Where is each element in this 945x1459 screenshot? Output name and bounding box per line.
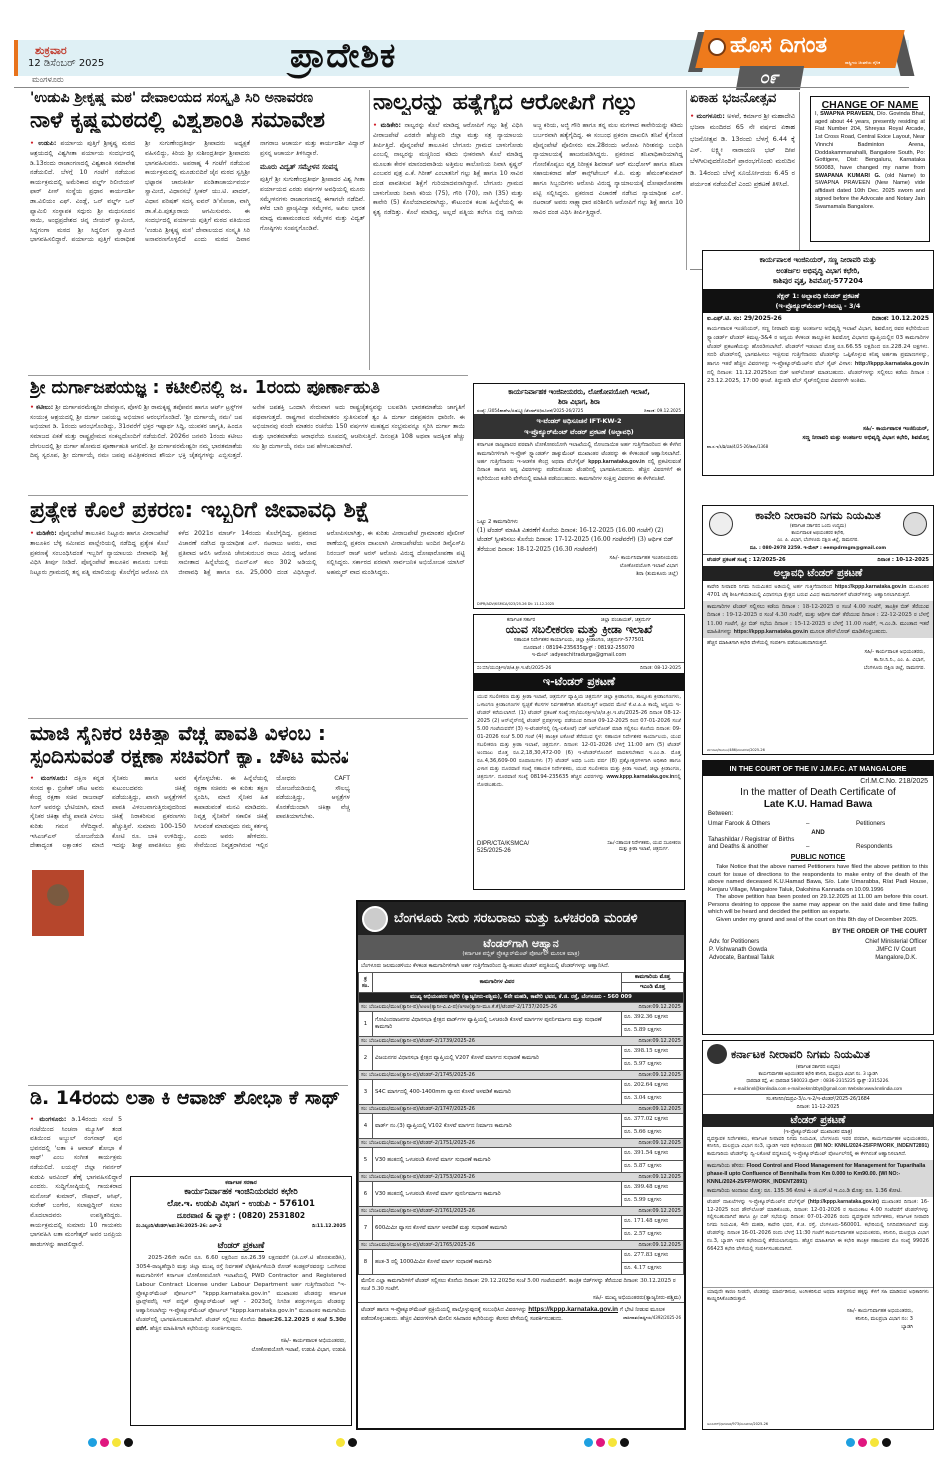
ref-date: ದಿನಾಂಕ:09.12.2025: [638, 1072, 681, 1078]
ref-no: ಸಂ: ಬೆಂಜಲಮಂ/ಮುಅ(ತ್ಯಾನೀ-ಪ)/ಟೆಂಡರ್-2/1761/…: [361, 1208, 475, 1214]
ad-notice-heading: ಟೆಂಡರ್ ಪ್ರಕಟಣೆ: [218, 1241, 265, 1252]
tender-portal-link[interactable]: https://kppp.karnataka.gov.in: [528, 1306, 618, 1313]
row-amount: ರೂ. 377.02 ಲಕ್ಷಗಳು: [622, 1114, 684, 1127]
ad-youth-sports-etender: ಕರ್ನಾಟಕ ಸರ್ಕಾರ ಜಿಲ್ಲಾ ಪಂಚಾಯತ್, ಚಿತ್ರದುರ್…: [473, 614, 685, 890]
petitioner-advocate: Adv. for Petitioners P. Vishwanath Gowda…: [709, 939, 774, 962]
ref-date: ದಿನಾಂಕ:09.12.2025: [638, 1174, 681, 1180]
email-link[interactable]: ಇ-ಮೇಲ್ :adyeschitradurga@gmail.com: [474, 652, 684, 660]
bar-line: ಸೆಕ್ಷನ್ 1: ಅಲ್ಪಾವಧಿ ಟೆಂಡರ್ ಪ್ರಕಟಣೆ: [703, 291, 933, 301]
ref-date: ದಿ:11.12.2025: [312, 1223, 346, 1229]
row-ref: ಸಂ: ಬೆಂಜಲಮಂ/ಮುಅ(ತ್ಯಾನೀ-ಪ)/ಅಅಅ(ತ್ಯಾನೀ-ವಿ.…: [359, 1003, 684, 1012]
ad-body: I, SWAPNA PRAVEEN, D/o. Govinda Bhat, ag…: [815, 111, 925, 211]
subtitle: (ಕರ್ನಾಟಕ ಸರ್ಕಾರದ ಒಂದು ಉದ್ಯಮ): [703, 523, 933, 530]
notice-title: PUBLIC NOTICE: [703, 854, 933, 861]
ref-no: ಸಂ.ಕನೀನಿನಿ/ಮಪ್ರವಿ-3/ಎ.ಇ-2/ಇ-ಟೆಂಡರ್/2025-…: [703, 1096, 933, 1104]
ref-date: ದಿನಾಂಕ:09.12.2025: [638, 1140, 681, 1146]
party-name: Umar Farook & Others: [708, 820, 806, 827]
sig-line: Adv. for Petitioners: [709, 939, 774, 947]
ad-pwd-udupi-tender: ಕರ್ನಾಟಕ ಸರಕಾರ ಕಾರ್ಯನಿರ್ವಾಹಕ ಇಂಜಿನಿಯರವರ ಕ…: [130, 1176, 352, 1426]
cauvery-emblem-icon: [709, 512, 733, 536]
tender-portal-link[interactable]: https://kppp.karnataka.gov.in: [835, 584, 907, 590]
row-divider: [28, 718, 468, 719]
address: ಧಾರವಾಡ ರಸ್ತೆ, ಜಿ: ಧಾರವಾಡ 580023.ಫೋನ್ : 0…: [703, 1078, 933, 1085]
row-ref: ಸಂ: ಬೆಂಜಲಮಂ/ಮುಅ(ತ್ಯಾನೀ-ಪ)/ಟೆಂಡರ್-2/1753/…: [359, 1173, 684, 1182]
row-amount: ರೂ. 399.48 ಲಕ್ಷಗಳು: [622, 1182, 684, 1195]
ad-dept-title: ಕಾರ್ಯನಿರ್ವಾಹಕ ಇಂಜಿನಿಯರವರ ಕಛೇರಿ: [136, 1187, 346, 1199]
notice-body: The above petition has been posted on 29…: [703, 894, 933, 917]
office: ಕಾರ್ಯನಿರ್ವಾಹಕ ಅಭಿಯಂತರರ ಕಛೇರಿ ಕನೀನಿನಿ, ಮಲ…: [703, 1071, 933, 1078]
row-ref: ಸಂ: ಬೆಂಜಲಮಂ/ಮುಅ(ತ್ಯಾನೀ-ಪ)/ಟೆಂಡರ್-2/1761/…: [359, 1207, 684, 1216]
office: ಕಾರ್ಯಪಾಲಕ ಅಭಿಯಂತರರ ಕಛೇರಿ,: [703, 530, 933, 537]
ad-note: ಹೆಚ್ಚಿನ ಮಾಹಿತಿಗಾಗಿ ಕಛೇರಿ ವೇಳೆಯಲ್ಲಿ ಸಂಪರ್…: [703, 638, 933, 648]
bar-line: ಇ-ಟೆಂಡರ್ ಅಧಿಸೂಚನೆ IFT-KW-2: [474, 416, 684, 426]
ref-no: ಐ.ಎಫ್.ಟಿ. ಸಂ: 29/2025-26: [707, 315, 782, 323]
bullet-icon: •: [30, 775, 41, 782]
registration-dot-icon: [584, 1438, 593, 1447]
contact: ದೂ. : 080-2978 2259. ಇ-ಮೇಲ್ : eempdrmgm@…: [703, 545, 933, 552]
party-row: Tahashildar / Registrar of Births and De…: [703, 836, 933, 850]
row-no: 6: [359, 1182, 373, 1207]
row-emd: ರೂ. 5.66 ಲಕ್ಷಗಳು: [622, 1126, 684, 1139]
article-body: • ಕಟೀಲು: ಶ್ರೀ ದುರ್ಗಾಪರಮೇಶ್ವರೀ ದೇವಸ್ಥಾನ, …: [30, 403, 465, 491]
row-desc: V30 ಹಂತದಲ್ಲಿ ಒಳಚರಂಡಿ ಕೊಳವೆ ಮಾರ್ಗ ಪುನರ್ನಿ…: [373, 1182, 622, 1207]
bullet-icon: •: [373, 122, 381, 129]
bullet-icon: •: [30, 1116, 39, 1123]
bullet-icon: •: [30, 140, 38, 147]
ref-no: ಸಂ: ಬೆಂಜಲಮಂ/ಮುಅ(ತ್ಯಾನೀ-ಪ)/ಅಅಅ(ತ್ಯಾನೀ-ವಿ.…: [361, 1004, 557, 1010]
article-bhajanotsava: ಏಕಾಹ ಭಜನೋತ್ಸವ • ಮಂಗಳೂರು: ಅಳಪೆ, ಕರ್ಮಾರ ಶ್…: [690, 92, 800, 270]
ad-ref-row: ಟೆಂಡರ್ ಪ್ರಕಟಣೆ ಸಂಖ್ಯೆ : 12/2025-26 ದಿನಾಂ…: [703, 554, 933, 566]
signature: ಲೋಕೋಪಯೋಗಿ ಇಲಾಖೆ ವಿಭಾಗ: [480, 563, 678, 571]
column-divider: [369, 90, 370, 370]
registration-dot-icon: [336, 1438, 345, 1447]
article-body: • ಮಡಿಕೇರಿ: ನಾಲ್ವರನ್ನು ಕೊಲೆ ಮಾಡಿದ್ದ ಆರೋಪಿ…: [373, 121, 683, 366]
table-row: 4ವಾರ್ಡ್ ನಂ.(3) ವ್ಯಾಪ್ತಿಯಲ್ಲಿ V102 ಕೊಳವೆ …: [359, 1114, 684, 1127]
ad-code: ವಾಇಡಿಪಿ/ಕಾನೀನಿನಿ/486/ಮದಿಪರವ/2025-26: [707, 748, 765, 752]
bar-subtitle: (ಕರ್ನಾಟಕ ಪಬ್ಲಿಕ್ ಪ್ರೊಕ್ಯೂರ್‌ಮೆಂಟ್ ಪೋರ್ಟಲ…: [358, 951, 684, 958]
row-amount: ರೂ. 171.48 ಲಕ್ಷಗಳು: [622, 1216, 684, 1229]
office-row: ಮುಖ್ಯ ಅಭಿಯಂತರರ ಕಛೇರಿ (ತ್ಯಾಜ್ಯನೀರು-ಪಶ್ಚಿಮ…: [359, 993, 684, 1003]
ad-notice-bar: ಸೆಕ್ಷನ್ 1: ಅಲ್ಪಾವಧಿ ಟೆಂಡರ್ ಪ್ರಕಟಣೆ (ಇ-ಪ್…: [703, 289, 933, 314]
ad-ref-row: ಸಂ.ಕನೀನಿನಿ/ಮಪ್ರವಿ-3/ಎ.ಇ-2/ಇ-ಟೆಂಡರ್/2025-…: [703, 1094, 933, 1111]
row-amount: ರೂ. 391.54 ಲಕ್ಷಗಳು: [622, 1148, 684, 1161]
sig-line: JMFC IV Court: [865, 947, 927, 955]
registration-dot-icon: [88, 1438, 97, 1447]
ad-code: ವಾ.ಸ.ಇ/ಸಿ/ಶಿ/ಬಿಡಿ/4/25-26/ಡಿಸೆಂ/1368: [703, 442, 933, 451]
dateline: ಮಂಗಳೂರು:: [696, 112, 724, 120]
signature: ಬ್ಯಾಡಗಿ: [703, 1323, 913, 1331]
ad-contact: (ಕರ್ನಾಟಕ ಸರ್ಕಾರದ ಒಂದು ಉದ್ಯಮ) ಕಾರ್ಯಪಾಲಕ ಅ…: [703, 523, 933, 552]
row-desc: ಗೋವಿಂದರಾಜನಗರ ವಿಧಾನಸಭಾ ಕ್ಷೇತ್ರದ ವಾರ್ಡ್‌ಗಳ…: [373, 1012, 622, 1037]
ad-notice-bar: ಇ-ಟೆಂಡರ್ ಪ್ರಕಟಣೆ: [474, 673, 684, 691]
col-header-no: ಕ್ರ ಸಂ.: [359, 973, 373, 993]
ad-signature: ಸಹಿ/-ಸಹಾಯಕ ನಿರ್ದೇಶಕರು, ಯುವ ಸಬಲೀಕರಣ ಮತ್ತು…: [607, 841, 681, 857]
and-label: AND: [703, 829, 933, 836]
ad-signature: ಸಹಿ/- ಕಾರ್ಯಪಾಲಕ ಇಂಜಿನಿಯರ್, ಸಣ್ಣ ನೀರಾವರಿ …: [703, 425, 933, 442]
row-emd: ರೂ. 2.57 ಲಕ್ಷಗಳು: [622, 1228, 684, 1241]
tender-portal-link[interactable]: kppp.karnataka.gov.in: [588, 459, 645, 465]
column-divider: [686, 90, 687, 270]
ref-date: ದಿನಾಂಕ: 09.12.2025: [644, 408, 681, 413]
row-ref: ಸಂ: ಬೆಂಜಲಮಂ/ಮುಅ(ತ್ಯಾನೀ-ಪ)/ಟೆಂಡರ್-2/1751/…: [359, 1139, 684, 1148]
article-headline: ಶ್ರೀ ದುರ್ಗಾಜಪಯಜ್ಞ : ಕಟೀಲಿನಲ್ಲಿ ಜ. 1ರಂದು …: [30, 378, 465, 398]
ref-date: ದಿನಾಂಕ: 10.12.2025: [872, 315, 929, 323]
row-emd: ರೂ. 5.89 ಲಕ್ಷಗಳು: [622, 1024, 684, 1037]
row-no: 2: [359, 1046, 373, 1071]
article-body: • ಮಂಗಳೂರು: ದಕ್ಷಿಣ ಕನ್ನಡ ಸಂಸದ ಕ್ಯಾ. ಬ್ರಿಜ…: [30, 774, 350, 1080]
text: ಯುವ ಸಬಲೀಕರಣ ಮತ್ತು ಕ್ರೀಡಾ ಇಲಾಖೆ, ಚಿತ್ರದುರ…: [477, 694, 681, 781]
table-row: 5V30 ಹಂತದಲ್ಲಿ ಒಳಚರಂಡಿ ಕೊಳವೆ ಮಾರ್ಗ ಸುಧಾರಣ…: [359, 1148, 684, 1161]
table-row: 3S4C ಮಾರ್ಗದಲ್ಲಿ 400-1400mm ವ್ಯಾಸದ ಕೊಳವೆ …: [359, 1080, 684, 1093]
ad-notice-bar: ಇ-ಟೆಂಡರ್ ಅಧಿಸೂಚನೆ IFT-KW-2 ಇ-ಪ್ರೊಕ್ಯೂರ್‌…: [474, 414, 684, 439]
ref-no: ಸಂ: ಬೆಂಜಲಮಂ/ಮುಅ(ತ್ಯಾನೀ-ಪ)/ಟೆಂಡರ್-2/1753/…: [361, 1174, 475, 1180]
between-label: Between:: [703, 810, 933, 818]
cmyk-marks: [88, 1438, 133, 1447]
registration-dot-icon: [100, 1438, 109, 1447]
bar-line: (ಇ-ಪ್ರೊಕ್ಯೂರ್‌ಮೆಂಟ್)-ಕಿಮಟ್ಟ - 3/4: [703, 301, 933, 311]
section-title: ಪ್ರಾದೇಶಿಕ: [290, 36, 396, 76]
row-emd: ರೂ. 5.97 ಲಕ್ಷಗಳು: [622, 1058, 684, 1071]
ad-signature: ಸಹಿ/- ಮುಖ್ಯ ಅಭಿಯಂತರರು(ತ್ಯಾಜ್ಯನೀರು-ಪಶ್ಚಿಮ…: [358, 1295, 684, 1303]
ad-deadline: ಮೇಲಿನ ಎಲ್ಲಾ ಕಾಮಗಾರಿಗಳಿಗೆ ಟೆಂಡರ್ ಸಲ್ಲಿಸಲು…: [358, 1275, 684, 1295]
tender-dates: (1) ಟೆಂಡರ್ ಮಾಹಿತಿ ವಿತರಣೆಗೆ ಕೊನೆಯ ದಿನಾಂಕ:…: [474, 526, 684, 554]
ad-intro: ಬೆಂಗಳೂರು ಜಲಮಂಡಳಿಯು ಕೆಳಕಂಡ ಕಾಮಗಾರಿಗಳಿಗಾಗಿ…: [358, 960, 684, 972]
ref-date: ದಿನಾಂಕ: 11-12-2025: [703, 1104, 933, 1112]
row-divider: [28, 495, 468, 496]
table-row-ref: ಸಂ: ಬೆಂಜಲಮಂ/ಮುಅ(ತ್ಯಾನೀ-ಪ)/ಟೆಂಡರ್-2/1747/…: [359, 1105, 684, 1114]
court-header: IN THE COURT OF THE IV J.M.F.C. AT MANGA…: [703, 761, 933, 776]
ad-ref-row: ಐ.ಎಫ್.ಟಿ. ಸಂ: 29/2025-26 ದಿನಾಂಕ: 10.12.2…: [703, 313, 933, 325]
article-headline: ಏಕಾಹ ಭಜನೋತ್ಸವ: [690, 92, 795, 107]
row-desc: 600ಮಿಮೀ ವ್ಯಾಸದ ಕೊಳವೆ ಮಾರ್ಗ ಅಳವಡಿಕೆ ಮತ್ತು…: [373, 1216, 622, 1241]
ad-ref-row: ಸಂ.ಸಿಬ್ಬಂದಿ/ಟೆಂಡರ್/ಅಪ:36:2025-26: ಎಲ್-2 …: [136, 1221, 346, 1231]
work-amount: ಕಾಮಗಾರಿಯ ಅಂದಾಜು ಮೊತ್ತ: ರೂ. 135.36 ಕೋಟಿ +…: [707, 1187, 929, 1195]
text: ಕಾವೇರಿ ನೀರಾವರಿ ನಿಗಮ ನಿಯಮಿತದ ಅಡಿಯಲ್ಲಿ ಅರ್…: [707, 584, 835, 590]
signature: ಸಹಿ/- ಕಾರ್ಯಪಾಲಕ ಅಭಿಯಂತರರು,: [711, 648, 925, 656]
ad-cauvery-tender: ಕಾವೇರಿ ನೀರಾವರಿ ನಿಗಮ ನಿಯಮಿತ (ಕರ್ನಾಟಕ ಸರ್ಕ…: [702, 505, 934, 755]
dept-line: ಶಿರಾ ವಿಭಾಗ, ಶಿರಾ: [474, 397, 684, 407]
signature: ಕಾ.ನೀ.ನಿ.ನಿ., ಎಂ. ಪಿ. ವಿಭಾಗ,: [711, 656, 925, 664]
matter-title: In the matter of Death Certificate of: [703, 787, 933, 799]
table-row-ref: ಸಂ: ಬೆಂಜಲಮಂ/ಮುಅ(ತ್ಯಾನೀ-ಪ)/ಅಅಅ(ತ್ಯಾನೀ-ವಿ.…: [359, 1003, 684, 1012]
ad-contact: ಸಹಾಯಕ ನಿರ್ದೇಶಕರ ಕಾರ್ಯಾಲಯ, ಜಿಲ್ಲಾ ಕ್ರೀಡಾಂ…: [474, 637, 684, 660]
article-headline: ಡಿ. 14ರಂದು ಲತಾ ಕಿ ಆವಾಜ್ ಶೋಭಾ ಕೆ ಸಾಥ್: [30, 1088, 350, 1110]
dept-line: ಕಾರ್ಯನಿರ್ವಾಹಕ ಇಂಜಿನೀಯರರು, ಲೋಕೋಪಯೋಗಿ ಇಲಾಖ…: [474, 387, 684, 397]
table-row-ref: ಸಂ: ಬೆಂಜಲಮಂ/ಮುಅ(ತ್ಯಾನೀ-ಪ)/ಟೆಂಡರ್-2/1739/…: [359, 1037, 684, 1046]
body-text: ಅಳಪೆ, ಕರ್ಮಾರ ಶ್ರೀ ಮಹಾದೇವಿ ಭಜನಾ ಮಂದಿರದ 65…: [690, 112, 795, 188]
ad-dept-title: ಲೋ.ಇ. ಉಡುಪಿ ವಿಭಾಗ - ಉಡುಪಿ - 576101: [136, 1199, 346, 1211]
row-desc: ಹಂತ-3 ರಲ್ಲಿ 1000ಮಿಮೀ ಕೊಳವೆ ಮಾರ್ಗ ಸುಧಾರಣೆ…: [373, 1250, 622, 1275]
karnataka-emblem-icon: [903, 512, 927, 536]
ad-work-details: ಕಾಮಗಾರಿಯ ಹೆಸರು: Flood Control and Flood …: [703, 1160, 933, 1196]
party-role: Respondents: [856, 843, 892, 850]
party-name: Tahashildar / Registrar of Births and De…: [708, 836, 806, 850]
ad-body: 2025-26ನೇ ಸಾಲಿನ ರೂ. 6.60 ಲಕ್ಷದಿಂದ ರೂ.26.…: [136, 1254, 346, 1334]
registration-dot-icon: [870, 1438, 879, 1447]
dateline: ಮಡಿಕೇರಿ:: [36, 530, 56, 537]
label: ಕಾಮಗಾರಿಯ ಹೆಸರು:: [707, 1163, 747, 1169]
ad-dept-title: ಕರ್ನಾಟಕ ನೀರಾವರಿ ನಿಗಮ ನಿಯಮಿತ: [731, 1047, 870, 1062]
article-udupi: 'ಉಡುಪಿ ಶ್ರೀಕೃಷ್ಣ ಮಠ' ದೇವಾಲಯದ ಸಂಸ್ಕೃತಿ ಸಿ…: [30, 90, 365, 372]
old-name: SWAPANA KUMARI G.: [815, 173, 880, 179]
text: ನಲ್ಲಿ ದಿನಾಂಕ: 11.12.2025ರಿಂದ ಬಿಡ್ ಅಪ್‌ಲೋ…: [707, 370, 929, 385]
col-header-emd: ಇಎಂಡಿ ಮೊತ್ತ: [622, 983, 684, 993]
row-emd: ರೂ. 3.04 ಲಕ್ಷಗಳು: [622, 1092, 684, 1105]
party-row: Umar Farook & Others – Petitioners: [703, 818, 933, 829]
ad-signature: ಸಹಿ/- ಕಾರ್ಯನಿರ್ವಾಹಕ ಅಭಿಯಂತರರು, ಕನೀನಿನಿ, …: [703, 1305, 933, 1331]
ad-body: ಕಾವೇರಿ ನೀರಾವರಿ ನಿಗಮ ನಿಯಮಿತದ ಅಡಿಯಲ್ಲಿ ಅರ್…: [703, 581, 933, 601]
dept-line: ಕಾರ್ಯಪಾಲಕ ಇಂಜಿನಿಯರ್, ಸಣ್ಣ ನೀರಾವರಿ ಮತ್ತು: [703, 255, 933, 266]
article-subhead: ಮೂರು ವಿದ್ವತ್ ಸಮ್ಮೇಳನ ಸಂಪನ್ನ: [260, 162, 365, 173]
ref-no: ಸಂ: ಬೆಂಜಲಮಂ/ಮುಅ(ತ್ಯಾನೀ-ಪ)/ಟೆಂಡರ್-2/1765/…: [361, 1242, 475, 1248]
row-ref: ಸಂ: ಬೆಂಜಲಮಂ/ಮುಅ(ತ್ಯಾನೀ-ಪ)/ಟೆಂಡರ್-2/1745/…: [359, 1071, 684, 1080]
court-order-label: BY THE ORDER OF THE COURT: [703, 924, 933, 939]
table-row: 2ವಿಜಯನಗರ ವಿಧಾನಸಭಾ ಕ್ಷೇತ್ರದ ವ್ಯಾಪ್ತಿಯಲ್ಲಿ…: [359, 1046, 684, 1059]
ref-date: ದಿನಾಂಕ:09.12.2025: [638, 1106, 681, 1112]
notice-body: Take Notice that the above named Petitio…: [703, 864, 933, 894]
text: 2025-26ನೇ ಸಾಲಿನ ರೂ. 6.60 ಲಕ್ಷದಿಂದ ರೂ.26.…: [136, 1255, 346, 1324]
row-emd: ರೂ. 5.99 ಲಕ್ಷಗಳು: [622, 1194, 684, 1207]
newspaper-logo: ಹೊಸ ದಿಗಂತ: [730, 33, 827, 58]
dash: –: [806, 843, 856, 850]
registration-dot-icon: [112, 1438, 121, 1447]
ref-no: ಸಂ: ಬೆಂಜಲಮಂ/ಮುಅ(ತ್ಯಾನೀ-ಪ)/ಟೆಂಡರ್-2/1747/…: [361, 1106, 475, 1112]
ad-change-of-name: CHANGE OF NAME I, SWAPNA PRAVEEN, D/o. G…: [810, 96, 930, 242]
dateline: ಮಂಗಳೂರು:: [41, 775, 68, 782]
signature: ಶಿರಾ (ತುಮಕೂರು ಜಿಲ್ಲೆ): [480, 571, 678, 579]
ad-bwssb-tender: ಬೆಂಗಳೂರು ನೀರು ಸರಬರಾಜು ಮತ್ತು ಒಳಚರಂಡಿ ಮಂಡಳ…: [356, 900, 686, 1430]
ad-code: ಡಿಐಪಿಆರ್/ಧಾರವಾಡ/973/ಮದಿಪರವ/2025-26: [707, 1422, 768, 1426]
row-no: 5: [359, 1148, 373, 1173]
row-ref: ಸಂ: ಬೆಂಜಲಮಂ/ಮುಅ(ತ್ಯಾನೀ-ಪ)/ಟೆಂಡರ್-2/1747/…: [359, 1105, 684, 1114]
table-row-ref: ಸಂ: ಬೆಂಜಲಮಂ/ಮುಅ(ತ್ಯಾನೀ-ಪ)/ಟೆಂಡರ್-2/1751/…: [359, 1139, 684, 1148]
table-row-ref: ಸಂ: ಬೆಂಜಲಮಂ/ಮುಅ(ತ್ಯಾನೀ-ಪ)/ಟೆಂಡರ್-2/1753/…: [359, 1173, 684, 1182]
bar-title: ಟೆಂಡರ್‌ಗಾಗಿ ಆಹ್ವಾನ: [358, 937, 684, 951]
article-death-sentence: ನಾಲ್ವರನ್ನು ಹತ್ಯೆಗೈದ ಆರೋಪಿಗೆ ಗಲ್ಲು • ಮಡಿಕ…: [373, 90, 683, 370]
table-row-ref: ಸಂ: ಬೆಂಜಲಮಂ/ಮುಅ(ತ್ಯಾನೀ-ಪ)/ಟೆಂಡರ್-2/1761/…: [359, 1207, 684, 1216]
row-ref: ಸಂ: ಬೆಂಜಲಮಂ/ಮುಅ(ತ್ಯಾನೀ-ಪ)/ಟೆಂಡರ್-2/1739/…: [359, 1037, 684, 1046]
ref-date: ದಿನಾಂಕ:09.12.2025: [638, 1038, 681, 1044]
row-desc: ವಿಜಯನಗರ ವಿಧಾನಸಭಾ ಕ್ಷೇತ್ರದ ವ್ಯಾಪ್ತಿಯಲ್ಲಿ …: [373, 1046, 622, 1071]
row-amount: ರೂ. 392.36 ಲಕ್ಷಗಳು: [622, 1012, 684, 1025]
article-headline-line2: ಸ್ಪಂದಿಸುವಂತೆ ರಕ್ಷಣಾ ಸಚಿವರಿಗೆ ಕ್ಯಾ. ಚೌಟ ಮ…: [30, 745, 348, 768]
ref-date: ದಿನಾಂಕ: 08-12-2025: [640, 665, 681, 671]
ad-note: ಯಾವುದೇ ಕಾರಣ ನೀಡದೇ, ಟೆಂಡರನ್ನು ಮಾರ್ಪಡಿಸುವ,…: [703, 1287, 933, 1306]
row-emd: ರೂ. 5.87 ಲಕ್ಷಗಳು: [622, 1160, 684, 1173]
col-header-work: ಕಾಮಗಾರಿಗಳ ವಿವರ: [373, 973, 622, 993]
code-line: 525/2025-26: [477, 848, 529, 856]
court-officer: Chief Ministerial Officer JMFC IV Court …: [865, 939, 927, 962]
row-no: 1: [359, 1012, 373, 1037]
text: ಟೆಂಡರ್ ದಾಖಲೆಗಳನ್ನು ಇ-ಪ್ರೊಕ್ಯೂರ್‌ಮೆಂಟ್‌ನ …: [707, 1199, 808, 1205]
ad-code: DIPR/CTA/KSMCA/ 525/2025-26: [477, 841, 529, 857]
row-no: 8: [359, 1250, 373, 1275]
ad-dept: ಕಾರ್ಯನಿರ್ವಾಹಕ ಇಂಜಿನೀಯರರು, ಲೋಕೋಪಯೋಗಿ ಇಲಾಖ…: [474, 384, 684, 407]
table-row: 7600ಮಿಮೀ ವ್ಯಾಸದ ಕೊಳವೆ ಮಾರ್ಗ ಅಳವಡಿಕೆ ಮತ್ತ…: [359, 1216, 684, 1229]
article-headline: ಮಾಜಿ ಸೈನಿಕರ ಚಿಕಿತ್ಸಾ ವೆಚ್ಚ ಪಾವತಿ ವಿಳಂಬ :: [30, 722, 348, 745]
phone: ದೂರವಾಣಿ & ಫ್ಯಾಕ್ಸ್ : (0820) 2531802: [136, 1211, 346, 1221]
article-headline: ನಾಲ್ವರನ್ನು ಹತ್ಯೆಗೈದ ಆರೋಪಿಗೆ ಗಲ್ಲು: [373, 90, 683, 115]
table-row-ref: ಸಂ: ಬೆಂಜಲಮಂ/ಮುಅ(ತ್ಯಾನೀ-ಪ)/ಟೆಂಡರ್-2/1745/…: [359, 1071, 684, 1080]
col-header-amount: ಕಾಮಗಾರಿಯ ಮೊತ್ತ: [622, 973, 684, 983]
ref-date: ದಿನಾಂಕ:09.12.2025: [638, 1208, 681, 1214]
ad-knnl-tender: ಕರ್ನಾಟಕ ನೀರಾವರಿ ನಿಗಮ ನಿಯಮಿತ (ಕರ್ನಾಟಕ ಸರ್…: [702, 1040, 934, 1430]
registration-dot-icon: [124, 1438, 133, 1447]
signature: ಬೆಂಗಳೂರು ದಕ್ಷಿಣ ಜಿಲ್ಲೆ, ರಾಮನಗರ.: [711, 664, 925, 672]
cmyk-marks: [584, 1438, 629, 1447]
ad-code: ಜಾಹೀರಾತು/ರಾಷ್ಟ್ರೀಯ/4392/2025-26: [623, 1315, 681, 1321]
dateline: ಮಂಗಳೂರು:: [39, 1116, 66, 1123]
signature: ಸಹಿ/- ಕಾರ್ಯನಿರ್ವಾಹಕ ಇಂಜಿನೀಯರರು: [480, 555, 678, 563]
ref-date: ದಿನಾಂಕ:09.12.2025: [638, 1004, 681, 1010]
dept-line: ಕಾಶಿಪುರ ವೃತ್ತ, ಶಿವಮೊಗ್ಗ-577204: [703, 276, 933, 287]
ad-ref-row: ಸಂಖ್ಯೆ: /3054ಪಾಪೇಟ/ಪಿಡಬ್ಲ್ಯೂ/ಟೆಂಡರ್‌ಅಧಿಸ…: [474, 407, 684, 414]
row-desc: S4C ಮಾರ್ಗದಲ್ಲಿ 400-1400mm ವ್ಯಾಸದ ಕೊಳವೆ ಅ…: [373, 1080, 622, 1105]
subtitle: (ಕರ್ನಾಟಕ ಸರ್ಕಾರದ ಉದ್ಯಮ): [703, 1064, 933, 1071]
deceased-name: Late K.U. Hamad Bawa: [703, 799, 933, 810]
article-body: • ಮಡಿಕೇರಿ: ಪೊನ್ನಂಪೇಟೆ ತಾಲೂಕಿನ ನಿಟ್ಟೂರು ಹ…: [30, 529, 465, 709]
ad-dept-title: ಕಾವೇರಿ ನೀರಾವರಿ ನಿಗಮ ನಿಯಮಿತ: [703, 506, 933, 523]
tender-portal-link[interactable]: http://kppp.karnataka.gov.in: [855, 361, 929, 367]
case-number: Crl.M.C.No. 218/2025: [703, 776, 933, 787]
row-divider: [28, 375, 468, 376]
ref-no: ಸಂ.ಸಿಬ್ಬಂದಿ/ಟೆಂಡರ್/ಅಪ:36:2025-26: ಎಲ್-2: [136, 1223, 222, 1229]
logo-emblem-icon: [708, 38, 726, 56]
ad-pwd-shira-tender: ಕಾರ್ಯನಿರ್ವಾಹಕ ಇಂಜಿನೀಯರರು, ಲೋಕೋಪಯೋಗಿ ಇಲಾಖ…: [473, 383, 685, 609]
tender-portal-link[interactable]: www.kppp.karnataka.gov.in: [606, 774, 674, 780]
logo-tagline: ರಾಷ್ಟ್ರೀಯ ಚಿಂತನೆಯ ದೈನಿಕ: [845, 60, 880, 65]
bar-line: ಇ-ಪ್ರೊಕ್ಯೂರ್‌ಮೆಂಟ್ ಟೆಂಡರ್ ಪ್ರಕಟಣೆ (ಅಲ್ಪಾ…: [474, 427, 684, 437]
ad-footer: ಟೆಂಡರ್ ಹಾಗೂ ಇ-ಪ್ರೊಕ್ಯೂರ್‌ಮೆಂಟ್ ಪ್ರಕ್ರಿಯೆ…: [358, 1303, 684, 1325]
ad-dept: ಕಾರ್ಯಪಾಲಕ ಇಂಜಿನಿಯರ್, ಸಣ್ಣ ನೀರಾವರಿ ಮತ್ತು …: [703, 251, 933, 287]
ad-intro: ವ್ಯವಸ್ಥಾಪಕ ನಿರ್ದೇಶಕರು, ಕರ್ನಾಟಕ ನೀರಾವರಿ ನ…: [703, 1135, 933, 1161]
table-row: 8ಹಂತ-3 ರಲ್ಲಿ 1000ಮಿಮೀ ಕೊಳವೆ ಮಾರ್ಗ ಸುಧಾರಣ…: [359, 1250, 684, 1263]
registration-dot-icon: [620, 1438, 629, 1447]
ref-no: ಸಂ: ಬೆಂಜಲಮಂ/ಮುಅ(ತ್ಯಾನೀ-ಪ)/ಟೆಂಡರ್-2/1751/…: [361, 1140, 475, 1146]
party-role: Petitioners: [856, 820, 885, 827]
ref-date: ದಿನಾಂಕ:09.12.2025: [638, 1242, 681, 1248]
work-indent-no: (WI NO: KNNL/2024-25/FP/WORK_INDENT2891): [814, 1143, 929, 1149]
ad-body: ಕಾರ್ಯಪಾಲಕ ಇಂಜಿನಿಯರ್, ಸಣ್ಣ ನೀರಾವರಿ ಮತ್ತು …: [703, 325, 933, 425]
registration-dot-icon: [608, 1438, 617, 1447]
sig-line: Chief Ministerial Officer: [865, 939, 927, 947]
ad-dept-title: ಯುವ ಸಬಲೀಕರಣ ಮತ್ತು ಕ್ರೀಡಾ ಇಲಾಖೆ: [474, 623, 684, 637]
sig-line: Mangalore,D.K.: [865, 955, 927, 963]
row-emd: ರೂ. 4.17 ಲಕ್ಷಗಳು: [622, 1262, 684, 1275]
masthead-day: ಶುಕ್ರವಾರ: [35, 44, 67, 58]
cmyk-marks: [336, 1438, 357, 1447]
registration-dot-icon: [846, 1438, 855, 1447]
ad-signature: ಸಹಿ/- ಕಾರ್ಯಪಾಲಕ ಅಭಿಯಂತರರು, ಲೋಕೋಪಯೋಗಿ ಇಲಾ…: [136, 1337, 346, 1354]
masthead-accent: [14, 40, 18, 76]
article-durga-japayajna: ಶ್ರೀ ದುರ್ಗಾಜಪಯಜ್ಞ : ಕಟೀಲಿನಲ್ಲಿ ಜ. 1ರಂದು …: [30, 378, 465, 493]
body-text: ಡಿ.14ರಂದು ಸಂಜೆ 5 ಗಂಟೆಯಿಂದ ಸಿಂಚನಾ ಮ್ಯೂಸಿಕ…: [30, 1116, 122, 1248]
table-row: 6V30 ಹಂತದಲ್ಲಿ ಒಳಚರಂಡಿ ಕೊಳವೆ ಮಾರ್ಗ ಪುನರ್ನ…: [359, 1182, 684, 1195]
ad-footer-row: DIPR/CTA/KSMCA/ 525/2025-26 ಸಹಿ/-ಸಹಾಯಕ ನ…: [474, 841, 684, 857]
body-text: ಶ್ರೀ ದುರ್ಗಾಪರಮೇಶ್ವರೀ ದೇವಸ್ಥಾನ, ಪೊಳಲಿ ಶ್ರ…: [30, 404, 465, 459]
body-text: ನಾಲ್ವರನ್ನು ಕೊಲೆ ಮಾಡಿದ್ದ ಆರೋಪಿಗೆ ಗಲ್ಲು ಶಿ…: [373, 122, 683, 215]
signatures: Adv. for Petitioners P. Vishwanath Gowda…: [703, 939, 933, 962]
ad-code: DIPR/ADV/KSMCA/023/25-26 Dt: 11.12.2025: [477, 602, 554, 606]
article-life-imprisonment: ಪ್ರತ್ಯೇಕ ಕೊಲೆ ಪ್ರಕರಣ: ಇಬ್ಬರಿಗೆ ಜೀವಾವಧಿ ಶ…: [30, 498, 465, 716]
text: ಮುಖಾಂತರ ದಿನಾಂಕ: 16-12-2025 ರಿಂದ ಡೌನ್‌ಲೋಡ…: [707, 1199, 929, 1252]
row-divider: [28, 1085, 348, 1086]
works-count: ಒಟ್ಟು 2 ಕಾಮಗಾರಿಗಳು: [474, 519, 684, 526]
dept-line: ಅಂತರ್ಜಲ ಅಭಿವೃದ್ಧಿ ವಿಭಾಗ ಕಛೇರಿ,: [703, 266, 933, 277]
ad-signature: ಸಹಿ/- ಕಾರ್ಯನಿರ್ವಾಹಕ ಇಂಜಿನೀಯರರು ಲೋಕೋಪಯೋಗಿ…: [474, 554, 684, 579]
ad-dates: ಕಾಮಗಾರಿಗಳ ಟೆಂಡರ್ ಸಲ್ಲಿಸಲು ಕಡೆಯ ದಿನಾಂಕ : …: [703, 601, 933, 639]
masthead-date: 12 ಡಿಸೆಂಬರ್ 2025: [28, 58, 104, 69]
row-desc: V30 ಹಂತದಲ್ಲಿ ಒಳಚರಂಡಿ ಕೊಳವೆ ಮಾರ್ಗ ಸುಧಾರಣೆ…: [373, 1148, 622, 1173]
ad-body: ಯುವ ಸಬಲೀಕರಣ ಮತ್ತು ಕ್ರೀಡಾ ಇಲಾಖೆ, ಚಿತ್ರದುರ…: [474, 691, 684, 841]
ad-notice-bar: ಅಲ್ಪಾವಧಿ ಟೆಂಡರ್ ಪ್ರಕಟಣೆ: [703, 566, 933, 581]
ad-notice-bar: ಟೆಂಡರ್ ಪ್ರಕಟಣೆ: [703, 1114, 933, 1127]
ad-notice-bar: ಟೆಂಡರ್‌ಗಾಗಿ ಆಹ್ವಾನ (ಕರ್ನಾಟಕ ಪಬ್ಲಿಕ್ ಪ್ರೊ…: [358, 935, 684, 960]
row-no: 4: [359, 1114, 373, 1139]
bwssb-logo-icon: [362, 906, 388, 932]
tender-portal-link[interactable]: (http://kppp.karnataka.gov.in): [808, 1199, 879, 1205]
text: ಹೆಚ್ಚಿನ ಮಾಹಿತಿಗಾಗಿ ಕಛೇರಿಯನ್ನು ಸಂಪರ್ಕಿಸುವ…: [148, 1326, 242, 1332]
registration-dot-icon: [348, 1438, 357, 1447]
ref-no: ಸಂ: ಬೆಂಜಲಮಂ/ಮುಅ(ತ್ಯಾನೀ-ಪ)/ಟೆಂಡರ್-2/1739/…: [361, 1038, 475, 1044]
row-amount: ರೂ. 202.64 ಲಕ್ಷಗಳು: [622, 1080, 684, 1093]
text: D/o. Govinda Bhat, aged about 44 years, …: [815, 111, 925, 171]
row-amount: ರೂ. 398.15 ಲಕ್ಷಗಳು: [622, 1046, 684, 1059]
ref-no: ಸಂ:ಸನಿ/ಯುಸಕ್ರೀಇ/ಚಿ/ಜಿ.ಕ್ರೀ.ಇ.ಟೆಂ/2025-26: [477, 665, 551, 671]
table-header: ಕ್ರ ಸಂ. ಕಾಮಗಾರಿಗಳ ವಿವರ ಕಾಮಗಾರಿಯ ಮೊತ್ತ: [359, 973, 684, 983]
ad-court-public-notice: IN THE COURT OF THE IV J.M.F.C. AT MANGA…: [702, 760, 934, 1035]
row-ref: ಸಂ: ಬೆಂಜಲಮಂ/ಮುಅ(ತ್ಯಾನೀ-ಪ)/ಟೆಂಡರ್-2/1765/…: [359, 1241, 684, 1250]
ad-ref-row: ಸಂ:ಸನಿ/ಯುಸಕ್ರೀಇ/ಚಿ/ಜಿ.ಕ್ರೀ.ಇ.ಟೆಂ/2025-26…: [474, 662, 684, 673]
ref-no: ಟೆಂಡರ್ ಪ್ರಕಟಣೆ ಸಂಖ್ಯೆ : 12/2025-26: [707, 557, 786, 564]
tender-table: ಕ್ರ ಸಂ. ಕಾಮಗಾರಿಗಳ ವಿವರ ಕಾಮಗಾರಿಯ ಮೊತ್ತ ಇಎ…: [358, 972, 684, 1275]
ref-no: ಸಂ: ಬೆಂಜಲಮಂ/ಮುಅ(ತ್ಯಾನೀ-ಪ)/ಟೆಂಡರ್-2/1745/…: [361, 1072, 475, 1078]
body-text: ಪುತ್ತಿಗೆ ಶ್ರೀ ಸುಗುಣೇಂದ್ರತೀರ್ಥ ಶ್ರೀಪಾದರ ವ…: [260, 176, 365, 231]
sig-line: Advocate, Bantwal Taluk: [709, 955, 774, 963]
registration-dot-icon: [596, 1438, 605, 1447]
dateline: ಮಡಿಕೇರಿ:: [381, 122, 401, 129]
sig-line: P. Vishwanath Gowda: [709, 947, 774, 955]
ad-body: ಕರ್ನಾಟಕ ರಾಜ್ಯಪಾಲರ ಪರವಾಗಿ ಲೋಕೋಪಯೋಗಿ ಇಲಾಖೆ…: [474, 439, 684, 519]
article-body: • ಉಡುಪಿ: ಪರ್ಯಾಯ ಪುತ್ತಿಗೆ ಶ್ರೀಕೃಷ್ಣ ಮಠದ ಆ…: [30, 139, 365, 371]
tender-portal-link[interactable]: https://kppp.karnataka.gov.in: [734, 629, 808, 635]
ad-header: ಕರ್ನಾಟಕ ನೀರಾವರಿ ನಿಗಮ ನಿಯಮಿತ: [703, 1041, 933, 1064]
signature: ಲೋಕೋಪಯೋಗಿ ಇಲಾಖೆ, ಉಡುಪಿ ವಿಭಾಗ, ಉಡುಪಿ: [136, 1346, 346, 1355]
masthead-city: ಮಂಗಳೂರು: [32, 75, 64, 85]
masthead-rule: [14, 87, 909, 88]
email-link[interactable]: e-mail:knnl@knnlindia.com e-mail:eeknnl3…: [703, 1085, 933, 1092]
table-row-ref: ಸಂ: ಬೆಂಜಲಮಂ/ಮುಅ(ತ್ಯಾನೀ-ಪ)/ಟೆಂಡರ್-2/1765/…: [359, 1241, 684, 1250]
notice-body: Given under my grand and seal of the cou…: [703, 917, 933, 925]
dateline: ಕಟೀಲು:: [36, 404, 53, 411]
row-desc: ವಾರ್ಡ್ ನಂ.(3) ವ್ಯಾಪ್ತಿಯಲ್ಲಿ V102 ಕೊಳವೆ ಮ…: [373, 1114, 622, 1139]
ad-header-row: ಕರ್ನಾಟಕ ಸರ್ಕಾರ ಜಿಲ್ಲಾ ಪಂಚಾಯತ್, ಚಿತ್ರದುರ್…: [474, 615, 684, 623]
ad-signature: ಸಹಿ/- ಕಾರ್ಯಪಾಲಕ ಅಭಿಯಂತರರು, ಕಾ.ನೀ.ನಿ.ನಿ.,…: [703, 648, 933, 672]
article-body: • ಮಂಗಳೂರು: ಅಳಪೆ, ಕರ್ಮಾರ ಶ್ರೀ ಮಹಾದೇವಿ ಭಜನ…: [690, 111, 795, 191]
signature: ಸಣ್ಣ ನೀರಾವರಿ ಮತ್ತು ಅಂತರ್ಜಲ ಅಭಿವೃದ್ಧಿ ವಿಭ…: [707, 434, 929, 442]
text: ಟೆಂಡರ್ ಹಾಗೂ ಇ-ಪ್ರೊಕ್ಯೂರ್‌ಮೆಂಟ್ ಪ್ರಕ್ರಿಯೆ…: [361, 1307, 528, 1313]
registration-dot-icon: [858, 1438, 867, 1447]
signature: ಸಹಿ/- ಕಾರ್ಯನಿರ್ವಾಹಕ ಅಭಿಯಂತರರು,: [703, 1307, 913, 1315]
dateline: ಉಡುಪಿ:: [38, 140, 56, 147]
ad-header: ಬೆಂಗಳೂರು ನೀರು ಸರಬರಾಜು ಮತ್ತು ಒಳಚರಂಡಿ ಮಂಡಳ…: [358, 902, 684, 935]
table-row: 1ಗೋವಿಂದರಾಜನಗರ ವಿಧಾನಸಭಾ ಕ್ಷೇತ್ರದ ವಾರ್ಡ್‌ಗ…: [359, 1012, 684, 1025]
ad-minor-irrigation-tender: ಕಾರ್ಯಪಾಲಕ ಇಂಜಿನಿಯರ್, ಸಣ್ಣ ನೀರಾವರಿ ಮತ್ತು …: [702, 250, 934, 476]
article-headline: ಪ್ರತ್ಯೇಕ ಕೊಲೆ ಪ್ರಕರಣ: ಇಬ್ಬರಿಗೆ ಜೀವಾವಧಿ ಶ…: [30, 498, 465, 523]
govt-label: ಕರ್ನಾಟಕ ಸರಕಾರ: [136, 1180, 346, 1187]
article-body: • ಮಂಗಳೂರು: ಡಿ.14ರಂದು ಸಂಜೆ 5 ಗಂಟೆಯಿಂದ ಸಿಂ…: [30, 1115, 122, 1450]
row-no: 7: [359, 1216, 373, 1241]
